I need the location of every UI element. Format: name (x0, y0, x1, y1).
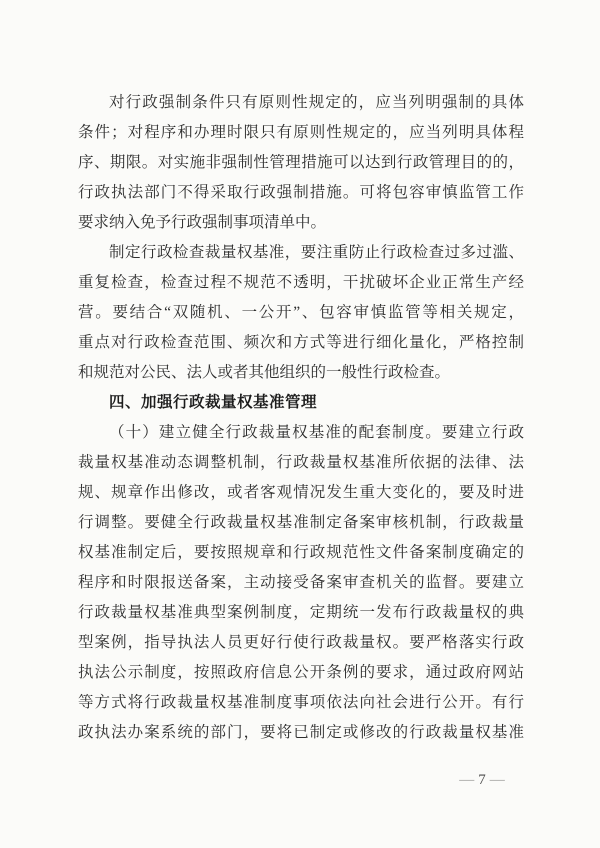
body-text-line: 权基准制定后，要按照规章和行政规范性文件备案制度确定的 (78, 538, 524, 568)
page-number-dash-right: — (490, 772, 506, 788)
document-page: 对行政强制条件只有原则性规定的，应当列明强制的具体条件；对程序和办理时限只有原则… (0, 0, 600, 848)
page-number-value: 7 (475, 772, 490, 788)
body-text-line: 行调整。要健全行政裁量权基准制定备案审核机制，行政裁量 (78, 508, 524, 538)
document-text-block: 对行政强制条件只有原则性规定的，应当列明强制的具体条件；对程序和办理时限只有原则… (78, 88, 524, 748)
body-text-line: 行政执法部门不得采取行政强制措施。可将包容审慎监管工作 (78, 178, 524, 208)
body-text-line: 制定行政检查裁量权基准，要注重防止行政检查过多过滥、 (78, 238, 524, 268)
body-text-line: 等方式将行政裁量权基准制度事项依法向社会进行公开。有行 (78, 688, 524, 718)
body-text-line: 型案例，指导执法人员更好行使行政裁量权。要严格落实行政 (78, 628, 524, 658)
body-text-line: （十）建立健全行政裁量权基准的配套制度。要建立行政 (78, 418, 524, 448)
body-text-line: 行政裁量权基准典型案例制度，定期统一发布行政裁量权的典 (78, 598, 524, 628)
body-text-line: 重复检查，检查过程不规范不透明，干扰破坏企业正常生产经 (78, 268, 524, 298)
page-number-dash-left: — (459, 772, 475, 788)
section-heading-line: 四、加强行政裁量权基准管理 (78, 388, 524, 418)
body-text-line: 程序和时限报送备案，主动接受备案审查机关的监督。要建立 (78, 568, 524, 598)
page-number: —7— (440, 772, 525, 789)
body-text-line: 营。要结合“双随机、一公开”、包容审慎监管等相关规定， (78, 298, 524, 328)
body-text-line: 重点对行政检查范围、频次和方式等进行细化量化，严格控制 (78, 328, 524, 358)
body-text-line: 条件；对程序和办理时限只有原则性规定的，应当列明具体程 (78, 118, 524, 148)
body-text-line: 政执法办案系统的部门，要将已制定或修改的行政裁量权基准 (78, 718, 524, 748)
body-text-line: 裁量权基准动态调整机制，行政裁量权基准所依据的法律、法 (78, 448, 524, 478)
body-text-line: 序、期限。对实施非强制性管理措施可以达到行政管理目的的， (78, 148, 524, 178)
body-text-line: 对行政强制条件只有原则性规定的，应当列明强制的具体 (78, 88, 524, 118)
body-text-line: 执法公示制度，按照政府信息公开条例的要求，通过政府网站 (78, 658, 524, 688)
body-text-line: 规、规章作出修改，或者客观情况发生重大变化的，要及时进 (78, 478, 524, 508)
body-text-line: 要求纳入免予行政强制事项清单中。 (78, 208, 524, 238)
body-text-line: 和规范对公民、法人或者其他组织的一般性行政检查。 (78, 358, 524, 388)
